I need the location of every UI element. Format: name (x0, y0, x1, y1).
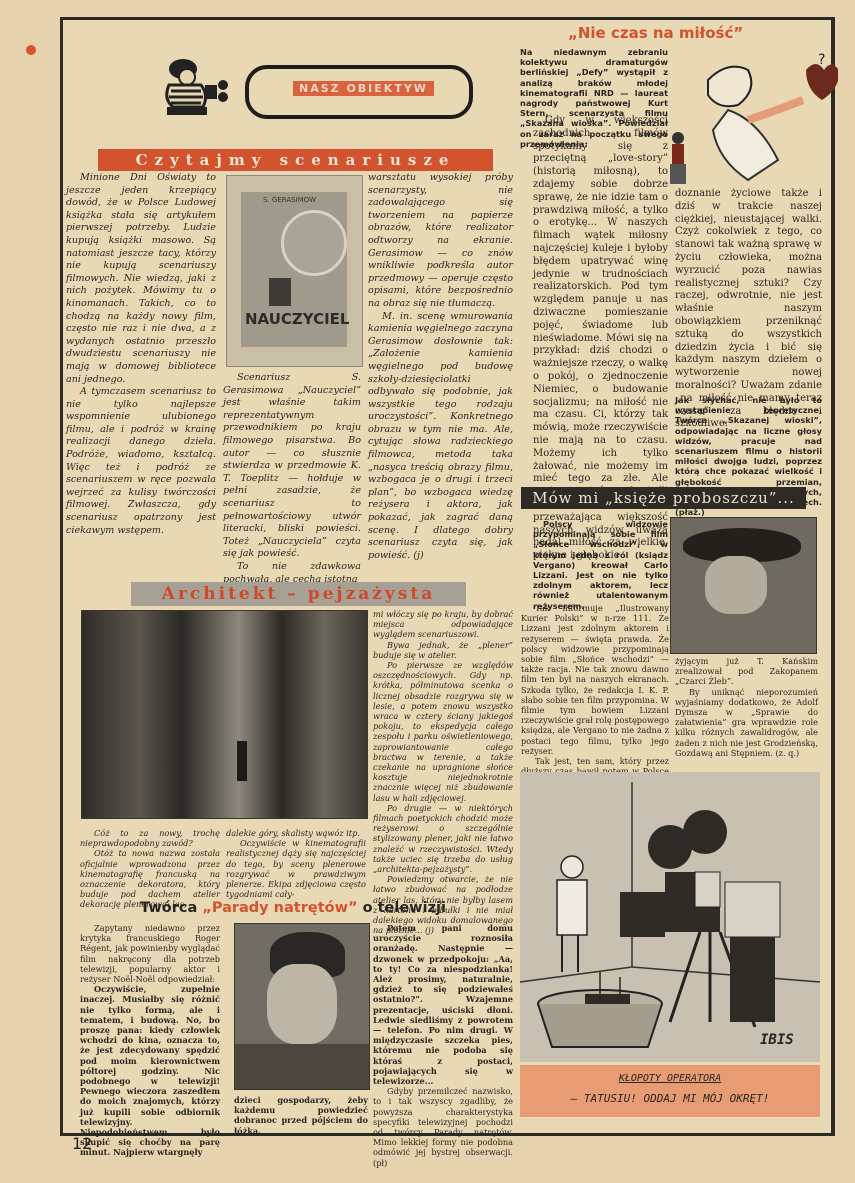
article-scenario-col3: warsztatu wysokiej próby scenarzysty, ni… (368, 172, 513, 562)
paragraph: dalekie góry, skalisty wąwóz itp. (226, 828, 366, 838)
title-part: o telewizji (363, 900, 446, 916)
paragraph: Cóż to za nowy, trochę nieprawdopodobny … (80, 828, 220, 848)
article-love-title: „Nie czas na miłość” (568, 24, 768, 42)
walking-figure (237, 741, 247, 781)
article-priest-intro: Polscy widzowie przypominają sobie film … (533, 519, 668, 611)
article-priest-col2: żyjącym już T. Kańskim zrealizował pod Z… (675, 656, 818, 758)
paragraph: Oczywiście, zupełnie inaczej. Musiałby s… (80, 984, 220, 1157)
article-architect-col2: dalekie góry, skalisty wąwóz itp. Oczywi… (226, 828, 366, 899)
page-number: 12 (72, 1134, 92, 1153)
paragraph: żyjącym już T. Kańskim zrealizował pod Z… (675, 656, 818, 687)
title-part-red: „Parady natrętów” (202, 900, 357, 916)
paragraph: M. in. scenę wmurowania kamienia węgieln… (368, 311, 513, 563)
article-priest-col1: Tak informuje „Ilustrowany Kurier Polski… (521, 603, 669, 787)
cameraman-cartoon-icon (153, 55, 233, 125)
paragraph: Po drugie — w niektórych filmach poetyck… (373, 803, 513, 874)
globe-icon (281, 210, 347, 276)
cartoon-caption: KŁOPOTY OPERATORA — TATUSIU! ODDAJ MI MÓ… (520, 1065, 820, 1117)
priest-in-hat-photo (670, 517, 817, 654)
man-and-heart-cartoon: ? (668, 50, 838, 190)
paragraph: Scenariusz S. Gerasimowa „Nauczyciel” je… (223, 372, 361, 561)
article-tv-title: Twórca „Parady natrętów” o telewizji (63, 900, 523, 916)
article-architect-title: Architekt – pejzażysta (131, 582, 466, 606)
article-scenario-title: Czytajmy scenariusze (98, 149, 493, 171)
paragraph: Bywa jednak, że „plener” buduje się w at… (373, 640, 513, 660)
cameraman-and-crying-boy-cartoon (520, 772, 820, 1062)
cartoon-signature: IBIS (760, 1032, 794, 1048)
paragraph: Zapytany niedawno przez krytyka francusk… (80, 923, 220, 984)
paragraph: Po pierwsze ze względów oszczędnościowyc… (373, 660, 513, 803)
cartoon-panel: IBIS (520, 772, 820, 1062)
article-architect-col3: mi włóczy się po kraju, by dobrać miejsc… (373, 609, 513, 936)
paragraph: Tak informuje „Ilustrowany Kurier Polski… (521, 603, 669, 756)
book-cover-image: S. GERASIMOW NAUCZYCIEL (226, 175, 363, 367)
paragraph: Oczywiście w kinematografii realistyczne… (226, 838, 366, 899)
book-title: NAUCZYCIEL (245, 310, 350, 328)
article-tv-col3: Potem pani domu uroczyście roznosiła ora… (373, 923, 513, 1168)
paragraph: Potem pani domu uroczyście roznosiła ora… (373, 923, 513, 1086)
paragraph: mi włóczy się po kraju, by dobrać miejsc… (373, 609, 513, 640)
paragraph: warsztatu wysokiej próby scenarzysty, ni… (368, 172, 513, 311)
coat-shape (235, 1044, 369, 1089)
book-author: S. GERASIMOW (263, 196, 316, 204)
caption-text: — TATUSIU! ODDAJ MI MÓJ OKRĘT! (520, 1092, 820, 1105)
article-scenario-col1: Minione Dni Oświaty to jeszcze jeden krz… (66, 172, 216, 537)
paragraph: By uniknąć nieporozumień wyjaśniamy doda… (675, 687, 818, 758)
forest-photo (81, 610, 368, 819)
paragraph: A tymczasem scenariusz to nie tylko najl… (66, 386, 216, 537)
masthead: Nasz Obiektyw (153, 55, 453, 125)
paragraph: Minione Dni Oświaty to jeszcze jeden krz… (66, 172, 216, 386)
noel-noel-portrait-photo (234, 923, 370, 1090)
article-tv-col2: dzieci gospodarzy, żeby każdemu powiedzi… (234, 1095, 368, 1136)
article-architect-col1: Cóż to za nowy, trochę nieprawdopodobny … (80, 828, 220, 910)
caption-title: KŁOPOTY OPERATORA (520, 1073, 820, 1084)
paragraph: Gdyby przemilczeć nazwisko, to i tak wsz… (373, 1086, 513, 1168)
article-priest-title: Mów mi „księże proboszczu”... (521, 487, 806, 509)
title-part: Twórca (140, 900, 197, 916)
newspaper-page: Nasz Obiektyw Czytajmy scenariusze Minio… (60, 17, 835, 1136)
masthead-label: Nasz Obiektyw (293, 81, 434, 96)
article-tv-col1: Zapytany niedawno przez krytyka francusk… (80, 923, 220, 1158)
books-icon (269, 278, 291, 306)
ink-spot (26, 45, 36, 55)
face-shape (267, 964, 337, 1044)
svg-text:?: ? (818, 52, 825, 68)
article-scenario-col2: Scenariusz S. Gerasimowa „Nauczyciel” je… (223, 372, 361, 586)
face-shape (705, 556, 767, 614)
